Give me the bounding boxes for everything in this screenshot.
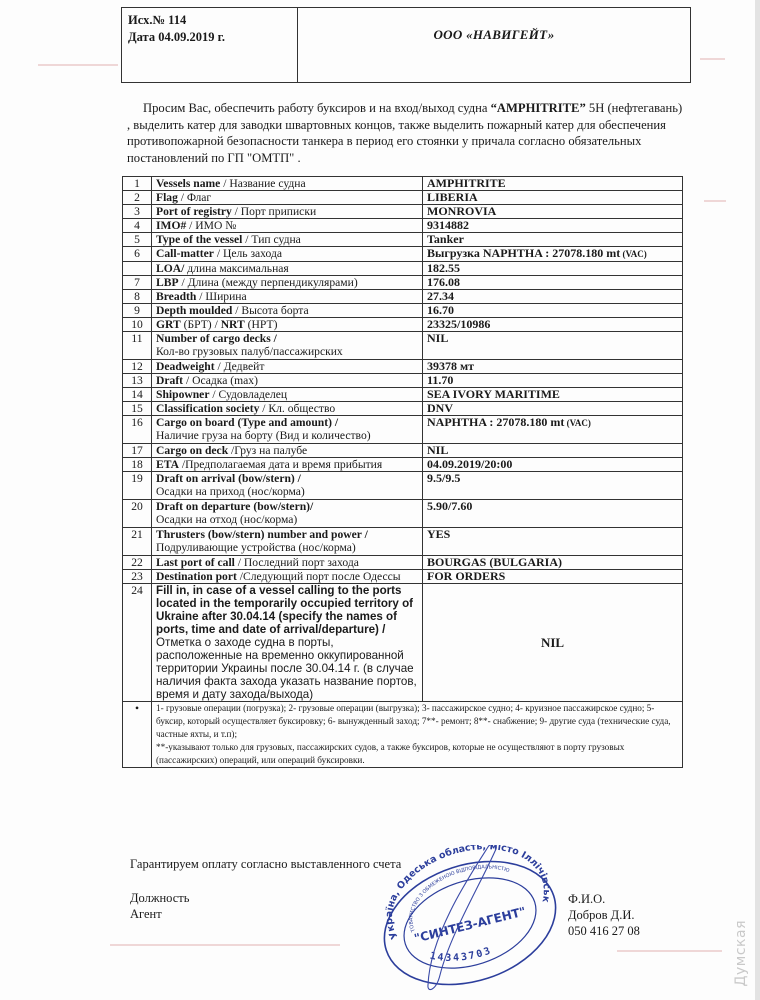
label-en: Deadweight [156,360,215,373]
label-ru: Осадки на приход (нос/корма) [156,485,418,498]
notes-line: **-указывают только для грузовых, пассаж… [156,741,678,767]
row-number: 23 [123,570,152,584]
label-en: Draft on arrival (bow/stern) / [156,472,301,485]
table-row: 9Depth moulded / Высота борта16.70 [123,304,683,318]
row-number: 16 [123,416,152,444]
field-value-cell: NAPHTHA : 27078.180 mt (VAC) [423,416,683,444]
field-label: Draft on arrival (bow/stern) /Осадки на … [152,472,423,500]
field-value-cell: Выгрузка NAPHTHA : 27078.180 mt (VAC) [423,247,683,262]
field-value-cell: NIL [423,584,683,702]
table-row: 23Destination port /Следующий порт после… [123,570,683,584]
label-ru: / Дедвейт [215,360,265,373]
field-value: 23325/10986 [427,317,490,331]
table-row: 1Vessels name / Название суднаAMPHITRITE [123,177,683,191]
label-ru: / Цель захода [214,247,282,260]
letterhead-reference: Исх.№ 114 Дата 04.09.2019 г. [122,8,298,82]
table-row: 5Type of the vessel / Тип суднаTanker [123,233,683,247]
field-value: 176.08 [427,275,460,289]
label-ru: / Кл. общество [259,402,335,415]
row-number: 10 [123,318,152,332]
field-value-cell: 9.5/9.5 [423,472,683,500]
label-en: Number of cargo decks / [156,332,277,345]
label-ru: / Осадка (max) [183,374,258,387]
label-ru: / Последний порт захода [235,556,359,569]
field-label: Port of registry / Порт приписки [152,205,423,219]
label-ru: / Судовладелец [209,388,287,401]
field-value: SEA IVORY MARITIME [427,387,560,401]
field-value-cell: YES [423,528,683,556]
row-number: 17 [123,444,152,458]
field-value: 11.70 [427,373,453,387]
vessel-particulars-table: 1Vessels name / Название суднаAMPHITRITE… [122,176,683,768]
field-value: YES [427,527,450,541]
svg-text:14343703: 14343703 [429,945,494,964]
label-en: Destination port [156,570,237,583]
document-page: Исх.№ 114 Дата 04.09.2019 г. ООО «НАВИГЕ… [0,0,755,1000]
label-ru: Подруливающие устройства (нос/корма) [156,541,418,554]
row-number: 19 [123,472,152,500]
row-number: 18 [123,458,152,472]
label-ru: Кол-во грузовых палуб/пассажирских [156,345,418,358]
field-value: 9.5/9.5 [427,471,460,485]
table-row: 20Draft on departure (bow/stern)/Осадки … [123,500,683,528]
field-label: GRT (БРТ) / NRT (НРТ) [152,318,423,332]
label-en: Last port of call [156,556,235,569]
signatory-position: Должность Агент [130,890,189,922]
label-en: Call-matter [156,247,214,260]
field-value: NIL [427,331,448,345]
label-en: Type of the vessel [156,233,242,246]
intro-vessel-name: “AMPHITRITE” [491,101,586,115]
scan-smudge [110,944,340,946]
label-ru: / Название судна [220,177,305,190]
table-row: 18ETA /Предполагаемая дата и время прибы… [123,458,683,472]
phone-number: 050 416 27 08 [568,923,640,939]
label-en: Cargo on deck [156,444,228,457]
label-ru: / Ширина [196,290,246,303]
field-value-cell: 27.34 [423,290,683,304]
row-number: 11 [123,332,152,360]
field-value: DNV [427,401,453,415]
row-number: 9 [123,304,152,318]
page-edge [755,0,760,1000]
stamp-code: 14343703 [429,945,494,964]
label-ru-2: (НРТ) [245,318,278,331]
field-label: IMO# / ИМО № [152,219,423,233]
letterhead-box: Исх.№ 114 Дата 04.09.2019 г. ООО «НАВИГЕ… [121,7,691,83]
field-label: LBP / Длина (между перпендикулярами) [152,276,423,290]
label-ru: длина максимальная [184,262,288,275]
field-label: Cargo on board (Type and amount) /Наличи… [152,416,423,444]
label-ru: Наличие груза на борту (Вид и количество… [156,429,418,442]
table-row: 15Classification society / Кл. обществоD… [123,402,683,416]
table-row: 13Draft / Осадка (max)11.70 [123,374,683,388]
field-value: FOR ORDERS [427,569,505,583]
table-row: 7LBP / Длина (между перпендикулярами)176… [123,276,683,290]
field-value: Выгрузка NAPHTHA : 27078.180 mt [427,246,620,260]
label-ru: /Предполагаемая дата и время прибытия [179,458,382,471]
field-value: NAPHTHA : 27078.180 mt [427,415,564,429]
label-en: Cargo on board (Type and amount) / [156,416,338,429]
field-value: Tanker [427,232,464,246]
field-value-cell: 176.08 [423,276,683,290]
field-label: Fill in, in case of a vessel calling to … [152,584,423,702]
label-en: Vessels name [156,177,220,190]
scan-smudge [704,200,726,202]
field-label: Type of the vessel / Тип судна [152,233,423,247]
position-value: Агент [130,906,189,922]
table-row: 6Call-matter / Цель заходаВыгрузка NAPHT… [123,247,683,262]
table-row: 8Breadth / Ширина27.34 [123,290,683,304]
intro-text-start: Просим Вас, обеспечить работу буксиров и… [143,101,491,115]
notes-bullet: • [123,702,152,768]
label-en: ETA [156,458,179,471]
field-value: 27.34 [427,289,454,303]
table-row: 17Cargo on deck /Груз на палубеNIL [123,444,683,458]
scan-smudge [38,64,118,66]
label-en: GRT [156,318,181,331]
field-value: MONROVIA [427,204,496,218]
label-en: Draft on departure (bow/stern)/ [156,500,313,513]
company-stamp-icon: Україна, Одеська область, місто Іллічівс… [370,845,570,995]
table-row: 12Deadweight / Дедвейт39378 мт [123,360,683,374]
field-value: BOURGAS (BULGARIA) [427,555,562,569]
field-label: Draft / Осадка (max) [152,374,423,388]
company-name: ООО «НАВИГЕЙТ» [298,8,690,101]
payment-guarantee: Гарантируем оплату согласно выставленног… [130,857,401,872]
reference-number: Исх.№ 114 [128,12,291,29]
label-ru: Отметка о заходе судна в порты, располож… [156,636,417,701]
label-en: Draft [156,374,183,387]
field-value-cell: AMPHITRITE [423,177,683,191]
table-row: 14Shipowner / СудовладелецSEA IVORY MARI… [123,388,683,402]
label-en: Port of registry [156,205,232,218]
table-row: 2Flag / ФлагLIBERIA [123,191,683,205]
signatory-details: Ф.И.О. Добров Д.И. 050 416 27 08 [568,891,640,939]
field-label: LOA/ длина максимальная [152,262,423,276]
field-label: Thrusters (bow/stern) number and power /… [152,528,423,556]
field-label: ETA /Предполагаемая дата и время прибыти… [152,458,423,472]
label-ru: / ИМО № [186,219,236,232]
label-ru: /Следующий порт после Одессы [237,570,401,583]
field-value-cell: 5.90/7.60 [423,500,683,528]
row-number: 5 [123,233,152,247]
field-value-cell: 11.70 [423,374,683,388]
label-ru: /Груз на палубе [228,444,307,457]
field-value-cell: 182.55 [423,262,683,276]
field-value-cell: 9314882 [423,219,683,233]
label-en: Shipowner [156,388,209,401]
field-value-cell: FOR ORDERS [423,570,683,584]
table-row-occupied-territory: 24Fill in, in case of a vessel calling t… [123,584,683,702]
scan-smudge [700,58,725,60]
row-number: 3 [123,205,152,219]
field-label: Destination port /Следующий порт после О… [152,570,423,584]
fio-label: Ф.И.О. [568,891,640,907]
field-label: Last port of call / Последний порт заход… [152,556,423,570]
field-value-cell: 04.09.2019/20:00 [423,458,683,472]
row-number: 22 [123,556,152,570]
field-value-cell: DNV [423,402,683,416]
field-value-cell: 39378 мт [423,360,683,374]
table-notes-row: •1- грузовые операции (погрузка); 2- гру… [123,702,683,768]
notes-line: 1- грузовые операции (погрузка); 2- груз… [156,702,678,741]
field-label: Depth moulded / Высота борта [152,304,423,318]
table-row: 11Number of cargo decks /Кол-во грузовых… [123,332,683,360]
row-number [123,262,152,276]
table-row: 10GRT (БРТ) / NRT (НРТ)23325/10986 [123,318,683,332]
field-label: Cargo on deck /Груз на палубе [152,444,423,458]
table-row: 4IMO# / ИМО №9314882 [123,219,683,233]
row-number: 14 [123,388,152,402]
label-ru: (БРТ) / [181,318,221,331]
label-ru: / Тип судна [242,233,300,246]
request-paragraph: Просим Вас, обеспечить работу буксиров и… [127,100,687,166]
field-label: Number of cargo decks /Кол-во грузовых п… [152,332,423,360]
row-number: 1 [123,177,152,191]
field-value-cell: Tanker [423,233,683,247]
field-label: Call-matter / Цель захода [152,247,423,262]
scan-smudge [617,950,722,952]
label-ru: Осадки на отход (нос/корма) [156,513,418,526]
field-label: Shipowner / Судовладелец [152,388,423,402]
field-value-cell: 23325/10986 [423,318,683,332]
field-label: Breadth / Ширина [152,290,423,304]
field-value-suffix: (VAC) [564,418,591,428]
row-number: 21 [123,528,152,556]
label-en: LOA/ [156,262,184,275]
label-en: Classification society [156,402,259,415]
label-ru: / Высота борта [232,304,308,317]
row-number: 20 [123,500,152,528]
field-value: NIL [541,635,564,650]
label-en-2: NRT [221,318,245,331]
field-label: Draft on departure (bow/stern)/Осадки на… [152,500,423,528]
label-ru: / Порт приписки [232,205,316,218]
table-row: 19Draft on arrival (bow/stern) /Осадки н… [123,472,683,500]
field-label: Classification society / Кл. общество [152,402,423,416]
field-value-cell: MONROVIA [423,205,683,219]
field-value: LIBERIA [427,190,478,204]
field-value-cell: BOURGAS (BULGARIA) [423,556,683,570]
row-number: 6 [123,247,152,262]
field-value: 39378 мт [427,359,474,373]
table-row: 16Cargo on board (Type and amount) /Нали… [123,416,683,444]
field-value-cell: NIL [423,444,683,458]
document-date: Дата 04.09.2019 г. [128,29,291,46]
field-value: NIL [427,443,448,457]
field-label: Flag / Флаг [152,191,423,205]
label-en: Thrusters (bow/stern) number and power / [156,528,368,541]
field-label: Deadweight / Дедвейт [152,360,423,374]
field-value: 5.90/7.60 [427,499,472,513]
field-label: Vessels name / Название судна [152,177,423,191]
label-en: Flag [156,191,178,204]
field-value-cell: NIL [423,332,683,360]
row-number: 4 [123,219,152,233]
field-value: AMPHITRITE [427,176,506,190]
label-en: IMO# [156,219,186,232]
field-value: 04.09.2019/20:00 [427,457,512,471]
fio-name: Добров Д.И. [568,907,640,923]
row-number: 2 [123,191,152,205]
position-label: Должность [130,890,189,906]
row-number: 8 [123,290,152,304]
table-row: 3Port of registry / Порт припискиMONROVI… [123,205,683,219]
label-en: Breadth [156,290,196,303]
table-row: 22Last port of call / Последний порт зах… [123,556,683,570]
field-value-cell: LIBERIA [423,191,683,205]
field-value-cell: SEA IVORY MARITIME [423,388,683,402]
label-ru: / Длина (между перпендикулярами) [179,276,358,289]
field-value: 16.70 [427,303,454,317]
row-number: 13 [123,374,152,388]
field-value: 182.55 [427,261,460,275]
stamp-center-text: "СИНТЕЗ-АГЕНТ" [413,904,528,945]
row-number: 15 [123,402,152,416]
label-en: Fill in, in case of a vessel calling to … [156,584,413,636]
row-number: 12 [123,360,152,374]
watermark: Думская [733,920,749,986]
label-ru: / Флаг [178,191,211,204]
label-en: LBP [156,276,179,289]
label-en: Depth moulded [156,304,232,317]
row-number: 7 [123,276,152,290]
field-value-suffix: (VAC) [620,249,647,259]
field-value-cell: 16.70 [423,304,683,318]
field-value: 9314882 [427,218,469,232]
notes-text: 1- грузовые операции (погрузка); 2- груз… [152,702,683,768]
table-row: 21Thrusters (bow/stern) number and power… [123,528,683,556]
row-number: 24 [123,584,152,702]
table-row: LOA/ длина максимальная182.55 [123,262,683,276]
